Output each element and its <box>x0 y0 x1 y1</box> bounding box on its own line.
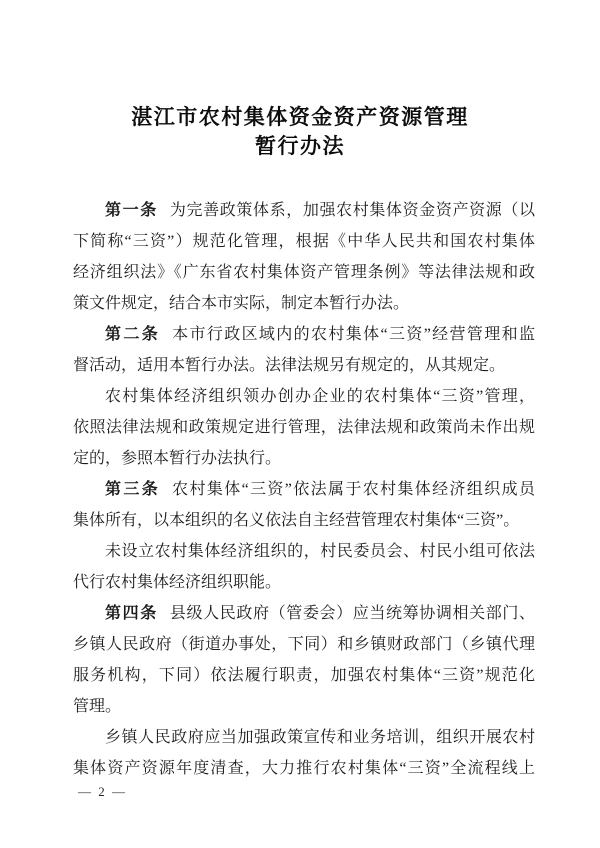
line-text: 为完善政策体系，加强农村集体资金资产资源（以 <box>170 202 535 219</box>
paragraph-article-2-continuation: 农村集体经济组织领办创办企业的农村集体“三资”管理， 依照法律法规和政策规定进行… <box>73 381 535 474</box>
paragraph-article-4: 第四条县级人民政府（管委会）应当统筹协调相关部门、 乡镇人民政府（街道办事处，下… <box>73 598 535 722</box>
text-line: 未设立农村集体经济组织的，村民委员会、村民小组可依法 <box>73 536 535 567</box>
article-label: 第二条 <box>105 326 160 343</box>
text-line: 依照法律法规和政策规定进行管理，法律法规和政策尚未作出规 <box>73 412 535 443</box>
document-page: 湛江市农村集体资金资产资源管理 暂行办法 第一条为完善政策体系，加强农村集体资金… <box>0 0 600 848</box>
article-label: 第三条 <box>105 481 160 498</box>
document-body: 第一条为完善政策体系，加强农村集体资金资产资源（以 下简称“三资”）规范化管理，… <box>73 195 535 784</box>
text-line: 经济组织法》《广东省农村集体资产管理条例》等法律法规和政 <box>73 257 535 288</box>
page-number: — 2 — <box>78 784 127 800</box>
line-text: 本市行政区域内的农村集体“三资”经营管理和监 <box>172 326 535 343</box>
paragraph-article-1: 第一条为完善政策体系，加强农村集体资金资产资源（以 下简称“三资”）规范化管理，… <box>73 195 535 319</box>
article-label: 第一条 <box>105 202 158 219</box>
text-line: 乡镇人民政府应当加强政策宣传和业务培训，组织开展农村 <box>73 722 535 753</box>
text-line: 定的，参照本暂行办法执行。 <box>73 443 535 474</box>
text-line: 第四条县级人民政府（管委会）应当统筹协调相关部门、 <box>73 598 535 629</box>
paragraph-article-2: 第二条本市行政区域内的农村集体“三资”经营管理和监 督活动，适用本暂行办法。法律… <box>73 319 535 381</box>
document-title: 湛江市农村集体资金资产资源管理 暂行办法 <box>0 103 600 161</box>
paragraph-article-4-continuation: 乡镇人民政府应当加强政策宣传和业务培训，组织开展农村 集体资产资源年度清查，大力… <box>73 722 535 784</box>
text-line: 管理。 <box>73 691 535 722</box>
article-label: 第四条 <box>105 605 158 622</box>
text-line: 服务机构，下同）依法履行职责，加强农村集体“三资”规范化 <box>73 660 535 691</box>
text-line: 第三条农村集体“三资”依法属于农村集体经济组织成员 <box>73 474 535 505</box>
text-line: 下简称“三资”）规范化管理，根据《中华人民共和国农村集体 <box>73 226 535 257</box>
line-text: 未设立农村集体经济组织的，村民委员会、村民小组可依法 <box>105 543 535 560</box>
line-text: 乡镇人民政府应当加强政策宣传和业务培训，组织开展农村 <box>105 729 535 746</box>
title-line-1: 湛江市农村集体资金资产资源管理 <box>0 103 600 132</box>
text-line: 乡镇人民政府（街道办事处，下同）和乡镇财政部门（乡镇代理 <box>73 629 535 660</box>
text-line: 集体资产资源年度清查，大力推行农村集体“三资”全流程线上 <box>73 753 535 784</box>
paragraph-article-3: 第三条农村集体“三资”依法属于农村集体经济组织成员 集体所有，以本组织的名义依法… <box>73 474 535 536</box>
text-line: 第二条本市行政区域内的农村集体“三资”经营管理和监 <box>73 319 535 350</box>
text-line: 策文件规定，结合本市实际，制定本暂行办法。 <box>73 288 535 319</box>
text-line: 农村集体经济组织领办创办企业的农村集体“三资”管理， <box>73 381 535 412</box>
text-line: 第一条为完善政策体系，加强农村集体资金资产资源（以 <box>73 195 535 226</box>
text-line: 集体所有，以本组织的名义依法自主经营管理农村集体“三资”。 <box>73 505 535 536</box>
line-text: 农村集体经济组织领办创办企业的农村集体“三资”管理， <box>105 388 535 405</box>
line-text: 县级人民政府（管委会）应当统筹协调相关部门、 <box>170 605 535 622</box>
line-text: 农村集体“三资”依法属于农村集体经济组织成员 <box>172 481 535 498</box>
paragraph-article-3-continuation: 未设立农村集体经济组织的，村民委员会、村民小组可依法 代行农村集体经济组织职能。 <box>73 536 535 598</box>
text-line: 代行农村集体经济组织职能。 <box>73 567 535 598</box>
title-line-2: 暂行办法 <box>0 132 600 161</box>
text-line: 督活动，适用本暂行办法。法律法规另有规定的，从其规定。 <box>73 350 535 381</box>
